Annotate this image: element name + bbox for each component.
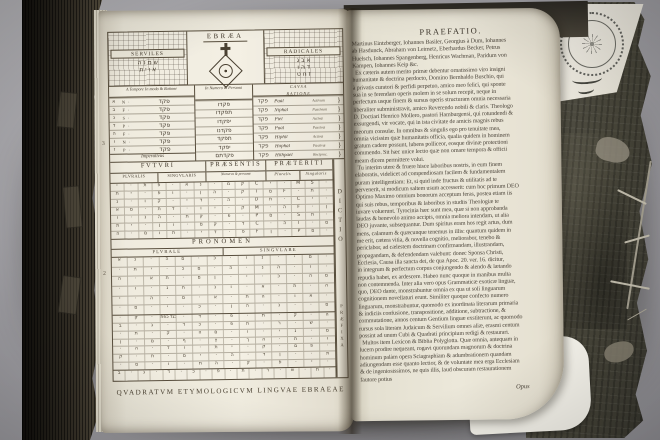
grid-cell: ב: [113, 371, 125, 381]
grid-cell: ה: [318, 283, 334, 292]
binyan-row-b: }: [338, 132, 344, 140]
grid-cell: ·: [159, 267, 175, 276]
book-photograph: 3 2 SERVILES ש מ נ הא ו י ת EBRÆA RADICA…: [0, 0, 660, 440]
grid-cell: ו: [127, 286, 143, 295]
binyan-row-name: Pual: [273, 125, 313, 131]
binyanim-rows: פקדPaalActivum}פקדNiphalPassivum}פקדPiel…: [253, 95, 344, 159]
grid-cell: ·: [298, 368, 311, 378]
grid-cell: ם: [190, 266, 206, 275]
binyan-row-name: Hithpael: [273, 152, 313, 158]
binyan-row-r: פקד: [254, 152, 273, 158]
grid-cell: ם: [318, 303, 334, 312]
grid-cell: ·: [319, 359, 335, 366]
conjugation-row-i: ה: [110, 132, 119, 137]
grid-cell: ·: [112, 306, 127, 315]
grid-cell: ן: [223, 304, 239, 313]
grid-cell: ·: [238, 265, 254, 274]
grid-cell: ·: [175, 276, 191, 285]
grid-cell: ·: [150, 370, 163, 380]
grid-cell: כ: [175, 266, 191, 275]
grid-cell: ·: [302, 284, 318, 293]
handwritten-mark: [572, 73, 603, 86]
grid-cell: ·: [270, 255, 286, 264]
grid-cell: ו: [223, 285, 239, 294]
conjugation-row-a: N ·: [119, 140, 135, 145]
grid-cell: ·: [127, 296, 143, 305]
grid-cell: ה: [143, 296, 159, 305]
conjugation-right-group: C A V S A R A T I O N E פקדPaalActivum}פ…: [253, 83, 344, 159]
grid-cell: ת: [127, 267, 143, 276]
grid-cell: ת: [192, 361, 208, 368]
grid-cell: ם: [127, 306, 143, 315]
spine-patch: [62, 185, 83, 228]
preface-text-block: PRAEFATIO. Martinus Eintzberger, Iohanne…: [351, 24, 559, 394]
grid-cell: ·: [144, 362, 160, 369]
grid-cell: ת: [286, 284, 302, 293]
grid-cell: ם: [175, 295, 191, 304]
grid-cell: ·: [127, 277, 143, 286]
grid-cell: ·: [222, 256, 238, 265]
grid-row: ב·ג·ד·כ·פ·ת·ר·ש·ת·: [113, 367, 335, 380]
binyan-row-name: Paal: [272, 98, 312, 104]
conjugation-row-i: ב: [109, 108, 118, 113]
grid-cell: י: [194, 230, 208, 237]
grid-cell: ·: [143, 257, 159, 266]
grid-cell: א: [302, 293, 318, 302]
praesentis-cell: PRÆSENTIS Numerus & personæ: [206, 160, 266, 181]
grid-cell: ·: [199, 369, 212, 379]
grid-cell: כ: [187, 369, 200, 379]
table-decorative-header: SERVILES ש מ נ הא ו י ת EBRÆA RADICALES …: [108, 29, 343, 87]
conjugation-row-i: ג: [109, 116, 118, 121]
hebrew-letters-row: א ו י ת: [111, 66, 185, 74]
grid-cell: ·: [256, 360, 272, 367]
grid-cell: ה: [208, 361, 224, 368]
grid-cell: ·: [223, 295, 239, 304]
binyan-row-r: פקד: [254, 125, 273, 131]
grid-cell: כ: [206, 256, 222, 265]
binyan-row-r: פקד: [254, 116, 273, 122]
binyan-row-b: }: [338, 123, 344, 131]
grid-cell: י: [112, 296, 127, 305]
grid-cell: י: [159, 305, 175, 314]
binyan-row-b: }: [337, 96, 343, 104]
grid-cell: ח: [175, 286, 191, 295]
conjugation-row-a: N ·: [118, 100, 134, 105]
binyan-row-note: Activæ: [313, 116, 338, 120]
grid-cell: ת: [159, 276, 175, 285]
tense-paradigm-grid: י·תפ·אנ·מקCי·MS·תי·פו·ןה·קIםF·ת·נ·וק·יד·…: [111, 180, 335, 239]
grid-cell: ם: [318, 274, 334, 283]
singvlaris-label: SINGVLARIS: [157, 172, 205, 182]
grid-cell: ·: [249, 368, 262, 378]
handwritten-mark: [578, 85, 595, 95]
praeteriti-subrow: Pluralis Singularis: [266, 170, 332, 180]
grid-cell: י: [143, 267, 159, 276]
grid-cell: ·: [239, 285, 255, 294]
right-page: PRAEFATIO. Martinus Eintzberger, Iohanne…: [346, 8, 564, 422]
grid-cell: ם: [191, 276, 207, 285]
grid-cell: ·: [143, 286, 159, 295]
grid-cell: ה: [112, 277, 127, 286]
grid-cell: ·: [113, 363, 128, 370]
conjugation-row-a: P ·: [119, 124, 135, 129]
grid-cell: ·: [323, 367, 336, 377]
grid-cell: ·: [254, 275, 270, 284]
grid-cell: ם: [138, 231, 152, 238]
grid-cell: ן: [264, 229, 278, 236]
grid-cell: ו: [238, 256, 254, 265]
binyan-row-r: פקד: [253, 98, 272, 104]
grid-cell: ה: [158, 257, 174, 266]
praefixa-vertical-label: PRÆFIXA: [339, 303, 345, 349]
grid-cell: ·: [180, 231, 194, 238]
grid-cell: ר: [261, 368, 274, 378]
grid-cell: ה: [239, 304, 255, 313]
grid-cell: ו: [302, 264, 318, 273]
grid-cell: ·: [112, 267, 127, 276]
singularis-label: Singularis: [299, 170, 333, 180]
binyan-row-note: Activæ: [313, 134, 338, 138]
grid-cell: ·: [287, 303, 303, 312]
binyan-row-r: פקד: [253, 107, 272, 113]
grid-cell: P: [291, 229, 305, 236]
grid-cell: ם: [174, 257, 190, 266]
imperativus-label: Imperativus: [110, 153, 195, 162]
binyan-row-r: פקד: [254, 143, 273, 149]
preface-lines: Martinus Eintzberger, Iohannes Basiler, …: [352, 36, 560, 384]
grid-cell: נ: [127, 257, 143, 266]
grid-cell: פ: [236, 230, 250, 237]
margin-mark: 3: [102, 141, 105, 147]
conjugation-row-i: א: [109, 100, 118, 105]
binyan-row-name: Hiphil: [273, 134, 313, 140]
grid-cell: ·: [271, 294, 287, 303]
bottom-strip-grid: ב·ג·ד·כ·פ·ת·ר·ש·ת·: [113, 367, 336, 381]
grid-cell: א: [112, 258, 127, 267]
grid-cell: ·: [206, 266, 222, 275]
grid-cell: ה: [270, 265, 286, 274]
conjugation-middle-group: In Numero & Persona פקדותפקדויפקדופקדנות…: [195, 85, 254, 161]
table-caption: QVADRATVM ETYMOLOGICVM LINGVAE EBRAEAE: [114, 385, 348, 397]
grid-cell: ·: [124, 231, 138, 238]
grid-cell: כ: [270, 274, 286, 283]
grid-cell: ·: [143, 305, 159, 314]
grid-cell: ·: [174, 370, 187, 380]
grid-cell: פ: [212, 369, 225, 379]
binyan-row-note: Passivæ: [313, 125, 338, 129]
binyan-row-r: פקד: [254, 134, 273, 140]
grid-cell: F: [250, 229, 264, 236]
grid-cell: ·: [175, 305, 191, 314]
conjugation-row-i: ז: [110, 148, 119, 153]
dictio-vertical-label: DICTIO: [336, 188, 344, 245]
conjugation-middle-header: In Numero & Persona: [195, 85, 252, 101]
grid-cell: ·: [224, 361, 240, 368]
binyan-row-note: Activum: [312, 98, 337, 102]
binyan-row-name: Niphal: [272, 107, 312, 113]
grid-cell: ד: [162, 370, 175, 380]
futuri-cell: FVTVRI PLVRALIS SINGVLARIS: [110, 161, 206, 183]
grid-cell: ת: [239, 294, 255, 303]
grid-cell: ·: [318, 264, 334, 273]
praesentis-note: Numerus & personæ: [206, 171, 265, 181]
bottom-grid: ·ק·בגד כפת·ד·פ·ת·ק·הב·ג·דכ·פת·ר·ש··ת·ק·ה…: [113, 312, 337, 370]
grid-cell: ·: [125, 370, 138, 380]
header-center: EBRÆA: [186, 30, 265, 84]
grid-cell: א: [207, 295, 223, 304]
serviles-block: SERVILES ש מ נ הא ו י ת: [108, 32, 187, 86]
praeteriti-cell: PRÆTERITI Pluralis Singularis: [266, 159, 332, 180]
grid-cell: ש: [286, 368, 299, 378]
grid-cell: ג: [137, 370, 150, 380]
grid-cell: ק: [240, 361, 256, 368]
hebrew-letters-row: ז ח ט: [267, 70, 341, 78]
grid-cell: כ: [191, 305, 207, 314]
grid-cell: ·: [278, 229, 292, 236]
plvralis-label: PLVRALIS: [110, 173, 157, 183]
grid-cell: ·: [270, 284, 286, 293]
conjugation-row-i: ו: [110, 140, 119, 145]
grid-cell: ה: [302, 274, 318, 283]
grid-cell: ·: [159, 296, 175, 305]
binyan-row-b: }: [338, 150, 344, 158]
spine-patch: [56, 91, 78, 129]
grid-cell: ·: [274, 368, 287, 378]
grid-cell: ·: [176, 362, 192, 369]
conjugation-table: A Tempore In modo & Ratione אN ·פקדבF ·פ…: [109, 83, 344, 163]
grid-cell: נ: [271, 303, 287, 312]
grid-cell: ת: [166, 231, 180, 238]
grid-cell: א: [254, 284, 270, 293]
futuri-subrow: PLVRALIS SINGVLARIS: [110, 172, 205, 182]
grid-cell: ·: [190, 256, 206, 265]
conjugation-row-a: F ·: [119, 132, 135, 137]
conjugation-left-rows: אN ·פקדבF ·פקדגS ·פקדדP ·פקדהF ·פקדוN ·פ…: [109, 97, 195, 154]
binyan-row-note: Passivæ: [313, 143, 338, 147]
vertical-side-column: DICTIO PRÆFIXA: [333, 159, 347, 377]
conjugation-row-a: S ·: [118, 116, 134, 121]
radicales-banner: RADICALES: [266, 46, 340, 56]
grid-cell: ו: [160, 362, 176, 369]
radicales-letters: א ב גד ה וז ח ט: [267, 56, 341, 78]
conjugation-row-a: P ·: [119, 148, 135, 153]
margin-mark: 2: [103, 271, 106, 277]
grid-cell: ·: [319, 228, 333, 235]
book-spine: [22, 0, 102, 440]
grid-cell: ·: [286, 265, 302, 274]
left-page: 3 2 SERVILES ש מ נ הא ו י ת EBRÆA RADICA…: [99, 9, 354, 433]
grid-cell: פ: [272, 360, 288, 367]
grid-cell: ה: [111, 232, 124, 239]
grid-cell: ם: [302, 255, 318, 264]
pronoun-grid: אנ·הם·כ·ונ·ים··תי·כם·ה·נה·ו·ה·את·םן·י·כ·…: [112, 254, 336, 315]
grid-cell: ם: [128, 362, 144, 369]
grid-cell: ת: [236, 369, 249, 379]
grid-cell: ·: [287, 360, 303, 367]
binyan-row-b: }: [337, 114, 343, 122]
grid-cell: ·: [318, 254, 334, 263]
binyan-row-note: Passivum: [312, 107, 337, 111]
hebrew-form-row: פקדתם: [196, 151, 253, 160]
grid-cell: נ: [254, 265, 270, 274]
conjugation-middle-rows: פקדותפקדויפקדופקדנותפקדיפקדפקדתם: [195, 100, 253, 161]
conjugation-row-a: F ·: [118, 108, 134, 113]
grid-cell: נ: [207, 285, 223, 294]
serviles-letters: ש מ נ הא ו י ת: [111, 59, 185, 74]
grid-cell: ת: [311, 368, 324, 378]
binyan-row-b: }: [338, 141, 344, 149]
conjugation-row-i: ד: [110, 124, 119, 129]
binyan-row-note: Reciproc.: [313, 152, 338, 156]
grid-cell: ו: [152, 231, 166, 238]
grid-cell: י: [303, 360, 319, 367]
grid-cell: ·: [255, 304, 271, 313]
grid-cell: ·: [191, 285, 207, 294]
causa-label: C A V S A: [290, 84, 307, 89]
binyan-row-name: Piel: [273, 116, 313, 122]
grid-cell: י: [286, 255, 302, 264]
grid-cell: ·: [286, 274, 302, 283]
grid-cell: נ: [254, 255, 270, 264]
grid-cell: ·: [191, 295, 207, 304]
etymological-table: 3 2 SERVILES ש מ נ הא ו י ת EBRÆA RADICA…: [107, 28, 348, 382]
conjugation-left-group: A Tempore In modo & Ratione אN ·פקדבF ·פ…: [109, 85, 196, 161]
grid-cell: ה: [222, 266, 238, 275]
grid-cell: ·: [303, 303, 319, 312]
grid-cell: י: [238, 275, 254, 284]
grid-cell: ·: [318, 293, 334, 302]
radicales-block: RADICALES א ב גד ה וז ח ט: [264, 29, 343, 83]
catchword: Opus: [361, 382, 560, 394]
table-title: EBRÆA: [203, 32, 248, 43]
binyan-row-b: }: [337, 105, 343, 113]
grid-cell: ו: [286, 294, 302, 303]
pluralis-label: Pluralis: [266, 171, 299, 181]
serviles-banner: SERVILES: [110, 49, 184, 59]
grid-cell: ן: [207, 275, 223, 284]
grid-cell: ד: [208, 230, 222, 237]
grid-cell: ה: [255, 294, 271, 303]
binyan-row: פקדHithpaelReciproc.}: [254, 149, 344, 159]
grid-cell: ·: [224, 369, 237, 379]
hexagram-diagram-icon: [209, 54, 243, 88]
grid-cell: ·: [112, 287, 127, 296]
grid-cell: נ: [159, 286, 175, 295]
binyan-row-name: Hophal: [273, 143, 313, 149]
grid-cell: ·: [222, 275, 238, 284]
grid-cell: ם: [305, 229, 319, 236]
grid-cell: א: [143, 276, 159, 285]
grid-cell: ·: [222, 230, 236, 237]
grid-cell: ·: [207, 304, 223, 313]
